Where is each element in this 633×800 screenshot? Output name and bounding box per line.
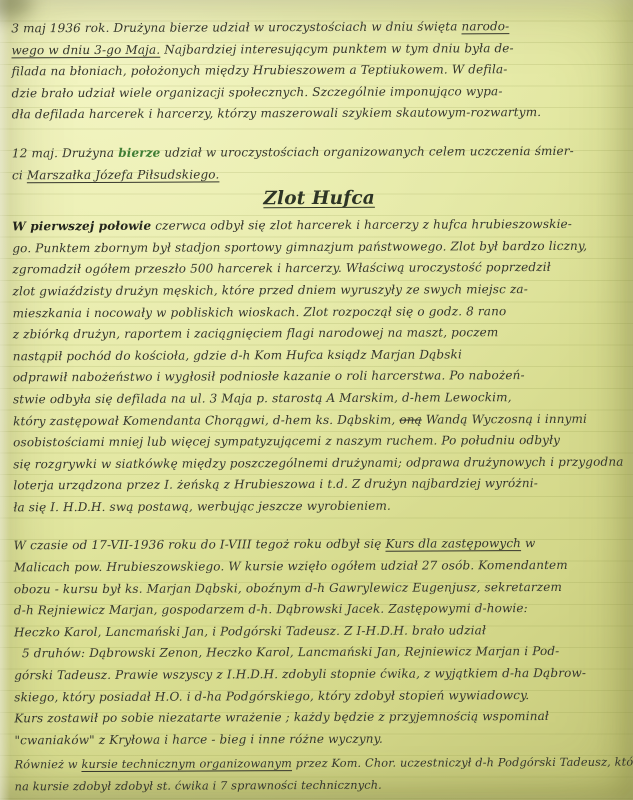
handwriting-line: który zastępował Komendanta Chorągwi, d-… (13, 408, 627, 432)
paragraph-entry-12-maja: 12 maj. Drużyna bierze udział w uroczyst… (12, 141, 626, 187)
handwriting-line: go. Punktem zbornym był stadjon sportowy… (12, 235, 626, 259)
paragraph-kurs-zastepowych: W czasie od 17-VII-1936 roku do I-VIII t… (14, 533, 629, 752)
handwriting-text: udział w uroczystościach organizowanych … (160, 144, 573, 160)
underlined-text: kursie technicznym organizowanym (81, 758, 292, 772)
handwriting-line: loterja urządzona przez I. żeńską z Hrub… (13, 473, 627, 497)
handwriting-line: Heczko Karol, Lancmański Jan, i Podgórsk… (14, 620, 628, 644)
handwriting-line: ci Marszałka Józefa Piłsudskiego. (12, 162, 626, 186)
handwriting-line: filada na błoniach, położonych między Hr… (12, 59, 626, 83)
handwriting-text: nastąpił pochód do kościoła, gdzie d-h K… (13, 347, 462, 363)
struck-text: oną (399, 412, 422, 426)
handwriting-text: przez Kom. Chor. uczestniczył d-h Podgór… (292, 756, 633, 771)
handwriting-line: skiego, który posiadał H.O. i d-ha Podgó… (14, 684, 628, 708)
paragraph-heading-zlot-hufca: Zlot Hufca (12, 185, 626, 214)
handwriting-line: na kursie zdobył zdobył st. ćwika i 7 sp… (15, 774, 629, 798)
handwriting-text: obozu - kursu był ks. Marjan Dąbski, obo… (14, 580, 562, 596)
handwriting-text: skiego, który posiadał H.O. i d-ha Podgó… (14, 688, 529, 704)
handwriting-text: ci (12, 168, 27, 182)
handwriting-text: w (521, 537, 535, 551)
underlined-text: narodo- (461, 19, 509, 33)
handwriting-line: dzie brało udział wiele organizacji społ… (12, 80, 626, 104)
handwriting-text: 12 maj. Drużyna (12, 146, 118, 160)
paragraph-zlot-hufca-body: W pierwszej połowie czerwca odbył się zl… (12, 214, 627, 519)
handwriting-text: go. Punktem zbornym był stadjon sportowy… (12, 239, 587, 256)
handwriting-line: wego w dniu 3-go Maja. Najbardziej inter… (11, 37, 625, 61)
handwriting-text: stwie odbyła się defilada na ul. 3 Maja … (13, 390, 512, 406)
handwriting-text: dła defilada harcerek i harcerzy, którzy… (12, 105, 542, 121)
handwriting-text: odprawił nabożeństwo i wygłosił podniosł… (13, 368, 525, 384)
handwriting-text: zlot gwiaździsty drużyn męskich, które p… (12, 282, 527, 298)
handwriting-text: Również w (15, 758, 82, 771)
chronicle-page: 3 maj 1936 rok. Drużyna bierze udział w … (0, 0, 633, 800)
handwriting-text: Najbardziej interesującym punktem w tym … (160, 41, 514, 57)
handwriting-text: się rozgrywki w siatkówkę między poszcze… (13, 454, 623, 471)
handwriting-text: W czasie od 17-VII-1936 roku do I-VIII t… (14, 537, 386, 553)
handwriting-text: filada na błoniach, położonych między Hr… (12, 62, 508, 78)
handwriting-line: W czasie od 17-VII-1936 roku do I-VIII t… (14, 533, 628, 557)
underlined-text: Zlot Hufca (263, 188, 375, 209)
page-left-edge (0, 0, 10, 800)
handwriting-text: Kurs zostawił po sobie niezatarte wrażen… (14, 709, 549, 725)
handwriting-text: "cwaniaków" z Kryłowa i harce - bieg i i… (14, 732, 383, 748)
handwriting-line: W pierwszej połowie czerwca odbył się zl… (12, 214, 626, 238)
handwriting-line: "cwaniaków" z Kryłowa i harce - bieg i i… (14, 727, 628, 751)
handwriting-line: mieszkania i nocowały w pobliskich wiosk… (13, 300, 627, 324)
handwriting-text: loterja urządzona przez I. żeńską z Hrub… (13, 476, 538, 492)
handwriting-text: 3 maj 1936 rok. Drużyna bierze udział w … (11, 19, 461, 35)
underlined-text: Marszałka Józefa Piłsudskiego. (27, 167, 220, 182)
handwriting-line: osobistościami mniej lub więcej sympatyz… (13, 430, 627, 454)
handwriting-line: d-h Rejniewicz Marjan, gospodarzem d-h. … (14, 598, 628, 622)
handwriting-text: 5 druhów: Dąbrowski Zenon, Heczko Karol,… (14, 644, 559, 660)
paragraph-entry-3-maja: 3 maj 1936 rok. Drużyna bierze udział w … (11, 16, 625, 127)
handwriting-line: obozu - kursu był ks. Marjan Dąbski, obo… (14, 576, 628, 600)
handwriting-line: zlot gwiaździsty drużyn męskich, które p… (12, 279, 626, 303)
handwriting-line: z zbiórką drużyn, raportem i zaciągnięci… (13, 322, 627, 346)
handwriting-text: na kursie zdobył zdobył st. ćwika i 7 sp… (15, 779, 382, 794)
handwriting-line: zgromadził ogółem przeszło 500 harcerek … (12, 257, 626, 281)
handwriting-line: Również w kursie technicznym organizowan… (15, 752, 629, 776)
green-ink-text: bierze (118, 146, 160, 160)
handwriting-text: który zastępował Komendanta Chorągwi, d-… (13, 412, 399, 428)
handwriting-text: W pierwszej połowie (12, 219, 151, 234)
handwriting-text: Malicach pow. Hrubieszowskiego. W kursie… (14, 558, 568, 574)
handwriting-line: nastąpił pochód do kościoła, gdzie d-h K… (13, 343, 627, 367)
handwriting-text: z zbiórką drużyn, raportem i zaciągnięci… (13, 325, 499, 341)
handwriting-text: osobistościami mniej lub więcej sympatyz… (13, 433, 560, 449)
handwriting-text: mieszkania i nocowały w pobliskich wiosk… (13, 304, 507, 320)
handwriting-line: Kurs zostawił po sobie niezatarte wrażen… (14, 706, 628, 730)
handwriting-text: górski Tadeusz. Prawie wszyscy z I.H.D.H… (14, 666, 586, 682)
handwriting-line: się rozgrywki w siatkówkę między poszcze… (13, 451, 627, 475)
handwriting-line: 5 druhów: Dąbrowski Zenon, Heczko Karol,… (14, 641, 628, 665)
handwriting-line: odprawił nabożeństwo i wygłosił podniosł… (13, 365, 627, 389)
handwritten-text: 3 maj 1936 rok. Drużyna bierze udział w … (11, 9, 628, 798)
handwriting-line: 3 maj 1936 rok. Drużyna bierze udział w … (11, 16, 625, 40)
handwriting-line: Zlot Hufca (12, 185, 626, 214)
underlined-text: wego w dniu 3-go Maja. (11, 42, 160, 57)
underlined-text: Kurs dla zastępowych (385, 537, 521, 552)
handwriting-text: ła się I. H.D.H. swą postawą, werbując j… (13, 499, 391, 515)
handwriting-text: dzie brało udział wiele organizacji społ… (12, 84, 503, 100)
handwriting-line: górski Tadeusz. Prawie wszyscy z I.H.D.H… (14, 663, 628, 687)
handwriting-text: d-h Rejniewicz Marjan, gospodarzem d-h. … (14, 601, 528, 617)
handwriting-text: zgromadził ogółem przeszło 500 harcerek … (12, 260, 550, 276)
handwriting-line: 12 maj. Drużyna bierze udział w uroczyst… (12, 141, 626, 165)
handwriting-line: Malicach pow. Hrubieszowskiego. W kursie… (14, 555, 628, 579)
handwriting-line: dła defilada harcerek i harcerzy, którzy… (12, 102, 626, 126)
handwriting-text: Wandą Wyczosną i innymi (422, 411, 587, 426)
handwriting-line: stwie odbyła się defilada na ul. 3 Maja … (13, 387, 627, 411)
paragraph-kurs-techniczny: Również w kursie technicznym organizowan… (15, 752, 629, 798)
handwriting-line: ła się I. H.D.H. swą postawą, werbując j… (13, 495, 627, 519)
handwriting-text: Heczko Karol, Lancmański Jan, i Podgórsk… (14, 623, 486, 639)
handwriting-text: czerwca odbył się zlot harcerek i harcer… (151, 217, 572, 233)
